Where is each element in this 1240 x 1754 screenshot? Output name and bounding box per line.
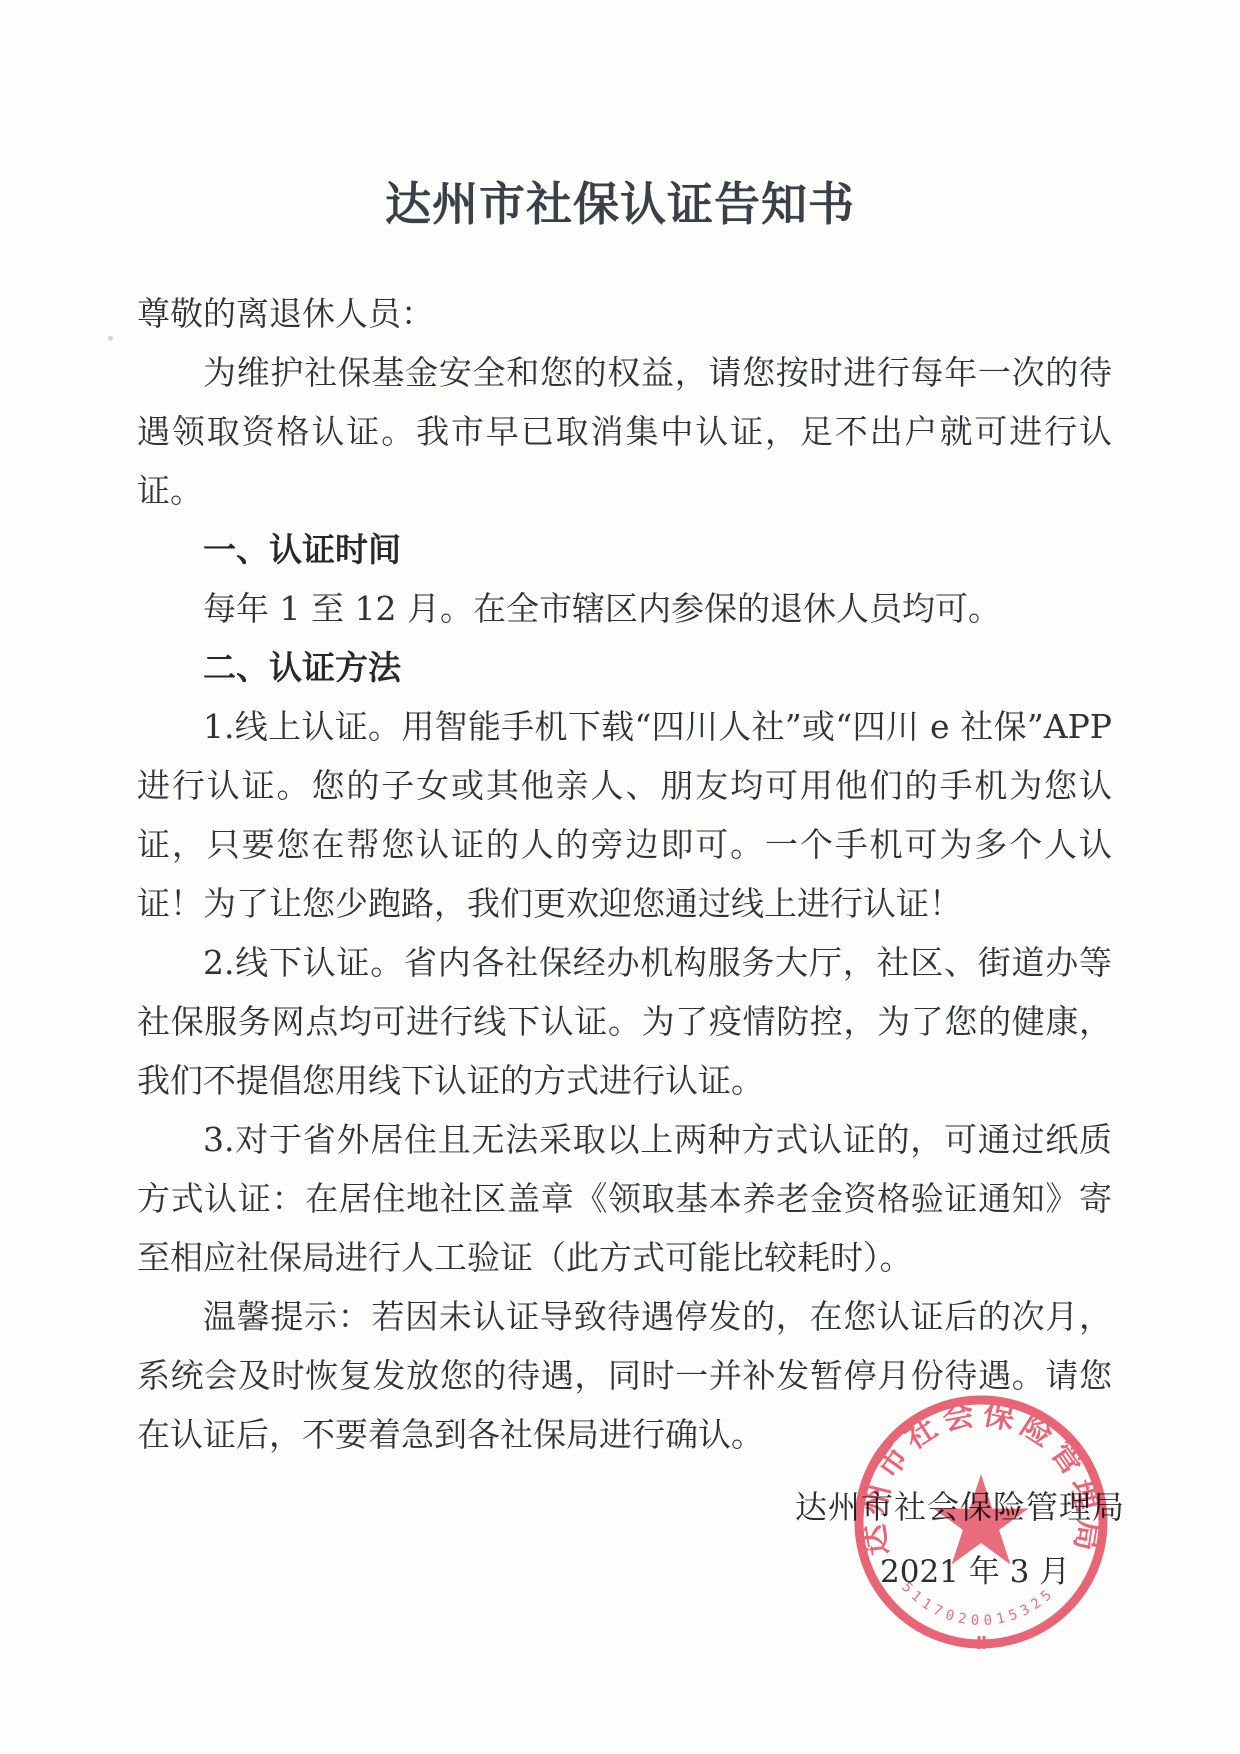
section-heading-time: 一、认证时间 [137,520,1112,579]
seal-bottom-tick-2 [983,1636,986,1649]
salutation: 尊敬的离退休人员： [137,284,1112,343]
paragraph-method-paper: 3.对于省外居住且无法采取以上两种方式认证的，可通过纸质方式认证：在居住地社区盖… [137,1110,1112,1287]
paragraph-method-online: 1.线上认证。用智能手机下载“四川人社”或“四川 e 社保”APP进行认证。您的… [137,697,1112,933]
seal-code-holder: 5117020015325 [898,1579,1058,1629]
section-heading-methods: 二、认证方法 [137,638,1112,697]
paragraph-method-offline: 2.线下认证。省内各社保经办机构服务大厅，社区、街道办等社保服务网点均可进行线下… [137,933,1112,1110]
document-page: 达州市社保认证告知书 尊敬的离退休人员： 为维护社保基金安全和您的权益，请您按时… [0,0,1240,1754]
seal-star-icon [933,1474,1028,1565]
document-body: 尊敬的离退休人员： 为维护社保基金安全和您的权益，请您按时进行每年一次的待遇领取… [137,284,1112,1464]
seal-code-text: 5117020015325 [898,1579,1058,1629]
scan-artifact [108,336,113,341]
paragraph-intro: 为维护社保基金安全和您的权益，请您按时进行每年一次的待遇领取资格认证。我市早已取… [137,343,1112,520]
seal-graphic: 达州市社会保险管理局 5117020015325 [851,1392,1111,1652]
seal-bottom-tick [978,1636,981,1649]
official-seal-stamp: 达州市社会保险管理局 5117020015325 [851,1392,1111,1652]
page-title: 达州市社保认证告知书 [0,0,1240,230]
paragraph-time: 每年 1 至 12 月。在全市辖区内参保的退休人员均可。 [137,579,1112,638]
